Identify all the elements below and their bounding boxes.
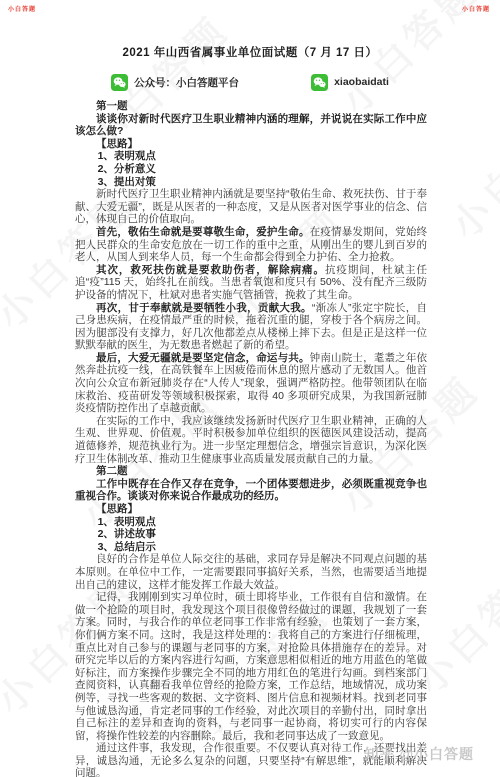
wechat-account-left: 公众号：小白答题平台 [111, 74, 239, 91]
section-question-1: 第一题 谈谈你对新时代医疗卫生职业精神内涵的理解，并说说在实际工作中应该怎么做?… [75, 100, 427, 465]
section-question-2: 第二题 工作中既存在合作又存在竞争，一个团体要想进步，必须既重视竞争也重视合作。… [75, 465, 427, 777]
account-label: 公众号：小白答题平台 [134, 75, 239, 90]
outline-item: 2、分析意义 [75, 163, 427, 176]
paragraph-lead: 再次，甘于奉献就是要牺牲小我，贡献大我。 [96, 302, 312, 314]
paragraph: 在实际的工作中，我应该继续发扬新时代医疗卫生职业精神，正确的人生观、世界观、价值… [75, 415, 427, 465]
paragraph: 首先，敬佑生命就是要尊敬生命，爱护生命。在疫情暴发期间，党始终把人民群众的生命安… [75, 226, 427, 264]
account-label: xiaobaidati [334, 76, 389, 88]
outline-item: 3、总结启示 [75, 541, 427, 554]
section-heading: 第二题 [75, 465, 427, 478]
paragraph: 其次，救死扶伤就是要救助伤者，解除病痛。抗疫期间，杜斌主任追“疫”115 天，始… [75, 264, 427, 302]
zhihu-watermark: 知乎 @小白答题 [364, 744, 474, 764]
wechat-accounts-row: 公众号：小白答题平台 xiaobaidat [0, 73, 500, 91]
outline-item: 3、提出对策 [75, 176, 427, 189]
wechat-account-right: xiaobaidati [311, 74, 389, 91]
paragraph-lead: 首先，敬佑生命就是要尊敬生命，爱护生命。 [96, 226, 310, 238]
outline-label: 【思路】 [75, 138, 427, 151]
paragraph: 记得，我刚刚到实习单位时，硕士即将毕业，工作很有自信和激情。在做一个抢险的项目时… [75, 591, 427, 742]
paragraph: 新时代医疗卫生职业精神内涵就是要坚持“敬佑生命、救死扶伤、甘于奉献、大爱无疆”，… [75, 188, 427, 226]
paragraph: 最后，大爱无疆就是要坚定信念，命运与共。钟南山院士，耄耋之年依然奔赴抗疫一线，在… [75, 352, 427, 415]
paragraph-lead: 其次，救死扶伤就是要救助伤者，解除病痛。 [96, 264, 325, 276]
outline-label: 【思路】 [75, 503, 427, 516]
outline-item: 1、表明观点 [75, 516, 427, 529]
outline-item: 1、表明观点 [75, 150, 427, 163]
paragraph-text: 在实际的工作中，我应该继续发扬新时代医疗卫生职业精神，正确的人生观、世界观、价值… [75, 415, 427, 465]
paragraph-lead: 最后，大爱无疆就是要坚定信念，命运与共。 [96, 352, 310, 364]
document-page: 小白答题小白答题小白答题小白答题小白答题小白答题小白答题小白答题小白答题小白答题… [0, 0, 500, 777]
page-title: 2021 年山西省属事业单位面试题（7 月 17 日） [0, 44, 500, 60]
wechat-icon [111, 74, 128, 91]
paragraph-text: 良好的合作是单位人际交往的基础，求同存异是解决不同观点问题的基本原则。在单位中工… [75, 553, 427, 590]
section-heading: 第一题 [75, 100, 427, 113]
corner-stamp: 小白答题 [462, 4, 490, 13]
paragraph-text: 记得，我刚刚到实习单位时，硕士即将毕业，工作很有自信和激情。在做一个抢险的项目时… [75, 591, 427, 742]
paragraph: 良好的合作是单位人际交往的基础，求同存异是解决不同观点问题的基本原则。在单位中工… [75, 553, 427, 591]
wechat-icon [311, 74, 328, 91]
paragraph: 再次，甘于奉献就是要牺牲小我，贡献大我。“渐冻人”张定宇院长，自己身患疾病，在疫… [75, 302, 427, 352]
question-text: 工作中既存在合作又存在竞争，一个团体要想进步，必须既重视竞争也重视合作。谈谈对你… [75, 478, 427, 503]
question-text: 谈谈你对新时代医疗卫生职业精神内涵的理解，并说说在实际工作中应该怎么做? [75, 113, 427, 138]
corner-stamp: 小白答题 [8, 4, 36, 13]
document-body: 第一题 谈谈你对新时代医疗卫生职业精神内涵的理解，并说说在实际工作中应该怎么做?… [75, 100, 427, 777]
paragraph-text: 新时代医疗卫生职业精神内涵就是要坚持“敬佑生命、救死扶伤、甘于奉献、大爱无疆”，… [75, 188, 427, 225]
outline-item: 2、讲述故事 [75, 528, 427, 541]
